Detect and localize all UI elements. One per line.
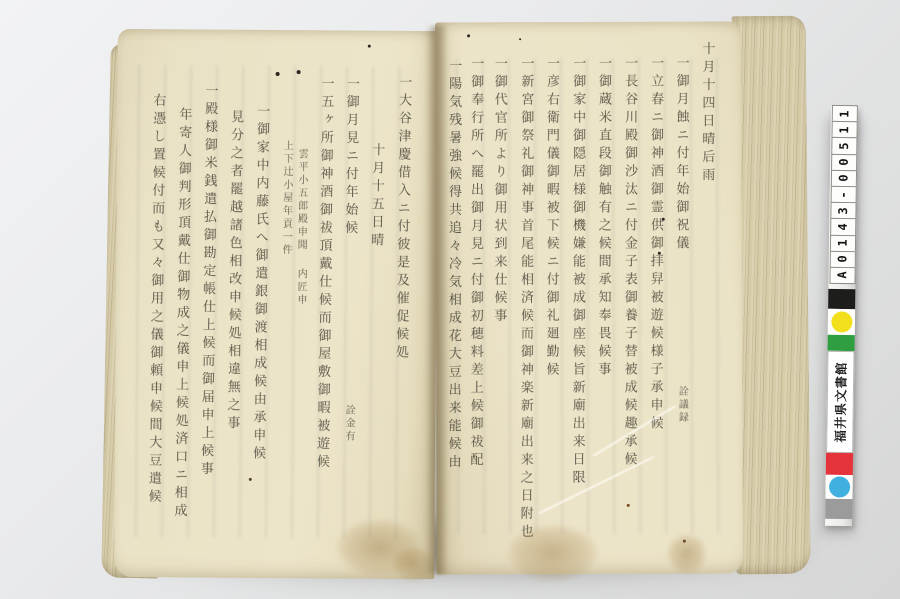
code-character-tile: - bbox=[830, 186, 856, 204]
right-page-columns: 十月十四日晴后雨一御月蝕ニ付年始御祝儀詮議録一立春ニ御神酒御霊供御拝舁被遊候様子… bbox=[435, 21, 741, 22]
handwritten-text-column: 一御奉行所へ罷出御月見ニ付御初穂料差上候御祓配 bbox=[469, 56, 483, 470]
wormhole-speck bbox=[467, 34, 470, 37]
code-character-tile: 0 bbox=[829, 251, 855, 269]
gray-square-chip bbox=[825, 499, 852, 519]
photo-stage: 一大谷津慶借入ニ付彼是及催促候処十月十五日晴一御月見ニ付年始候詮金有一五ヶ所御神… bbox=[0, 0, 900, 599]
wormhole-speck bbox=[297, 70, 301, 74]
wormhole-speck bbox=[627, 504, 630, 507]
handwritten-text-column: 一殿様御米銭遣払御勘定帳仕上候而御届申上候事 bbox=[199, 83, 217, 479]
code-character: 0 bbox=[836, 175, 850, 182]
right-page-stain-small bbox=[667, 534, 707, 574]
handwritten-text-column: 詮議録 bbox=[676, 386, 686, 425]
handwritten-text-column: 一御家中御隠居様御機嫌能被成御座候旨新廟出来日限 bbox=[571, 56, 585, 488]
handwritten-text-column: 見分之者罷越諸色相改申候処相違無之事 bbox=[225, 110, 242, 434]
page-crease bbox=[539, 456, 655, 514]
handwritten-text-column: 一新宮御祭礼御神事首尾能相済候而御神楽新廟出来之日附也 bbox=[519, 56, 533, 542]
green-square-chip bbox=[828, 335, 855, 351]
code-character: 3 bbox=[836, 207, 850, 214]
organization-label-chip: 福井県文書館 bbox=[826, 351, 854, 453]
handwritten-text-column: 一長谷川殿御沙汰ニ付金子表御養子替被成候趣承候 bbox=[623, 56, 637, 470]
wormhole-speck bbox=[519, 38, 521, 40]
code-character-tile: 3 bbox=[830, 202, 856, 220]
code-character-tile: 1 bbox=[831, 105, 857, 123]
color-chips: 福井県文書館 bbox=[825, 289, 855, 519]
handwritten-text-column: 右憑し置候付而も又々御用之儀御頼申候間大豆遣候 bbox=[146, 93, 164, 507]
handwritten-text-column: 一彦右衛門儀御暇被下候ニ付御礼廻勤候 bbox=[544, 56, 558, 380]
handwritten-text-column: 十月十四日晴后雨 bbox=[700, 42, 713, 186]
code-character-tile: 0 bbox=[830, 170, 856, 188]
handwritten-text-column: 年寄人御判形頂戴仕御物成之儀申上候処済口ニ相成 bbox=[172, 107, 190, 521]
handwritten-text-column: 一御代官所より御用状到来仕候事 bbox=[492, 56, 505, 326]
code-character-tile: 0 bbox=[831, 153, 857, 171]
handwritten-text-column: 雲平小五郎殿申聞 bbox=[295, 148, 306, 252]
cyan-circle bbox=[828, 476, 849, 497]
label-code-tiles: 11500-3410A bbox=[829, 106, 857, 284]
code-character-tile: A bbox=[829, 267, 855, 285]
handwritten-text-column: 一御家中内藤氏へ御遣銀御渡相成候由承申候 bbox=[251, 104, 268, 464]
gutter-shadow bbox=[426, 26, 448, 574]
code-character: 5 bbox=[837, 142, 851, 149]
wormhole-speck bbox=[683, 540, 686, 543]
code-character: A bbox=[835, 272, 849, 279]
yellow-circle-chip bbox=[828, 309, 855, 335]
wormhole-speck bbox=[662, 218, 665, 221]
wormhole-speck bbox=[658, 252, 661, 255]
cyan-circle-chip bbox=[825, 475, 852, 499]
handwritten-text-column: 内匠申 bbox=[295, 268, 305, 307]
yellow-circle bbox=[831, 311, 852, 332]
code-character-tile: 1 bbox=[831, 121, 857, 139]
code-character-tile: 5 bbox=[831, 137, 857, 155]
wormhole-speck bbox=[276, 72, 280, 76]
code-character: 4 bbox=[836, 223, 850, 230]
handwritten-text-column: 一五ヶ所御神酒御祓頂戴仕候而御屋敷御暇被遊候 bbox=[315, 76, 333, 472]
handwritten-text-column: 一立春ニ御神酒御霊供御拝舁被遊候様子承申候 bbox=[648, 56, 662, 434]
black-square-chip bbox=[828, 289, 855, 309]
right-page: 十月十四日晴后雨一御月蝕ニ付年始御祝儀詮議録一立春ニ御神酒御霊供御拝舁被遊候様子… bbox=[435, 21, 743, 574]
wormhole-speck bbox=[249, 478, 252, 481]
code-character: 1 bbox=[835, 239, 849, 246]
left-page: 一大谷津慶借入ニ付彼是及催促候処十月十五日晴一御月見ニ付年始候詮金有一五ヶ所御神… bbox=[114, 29, 438, 579]
code-character-tile: 1 bbox=[829, 234, 855, 252]
handwritten-text-column: 上下辻小屋年貢一件 bbox=[280, 140, 291, 257]
code-character-tile: 4 bbox=[830, 218, 856, 236]
handwritten-text-column: 一大谷津慶借入ニ付彼是及催促候処 bbox=[394, 75, 411, 363]
left-page-columns: 一大谷津慶借入ニ付彼是及催促候処十月十五日晴一御月見ニ付年始候詮金有一五ヶ所御神… bbox=[118, 29, 438, 31]
handwritten-text-column: 一御蔵米直段御触有之候間承知奉畏候事 bbox=[596, 56, 610, 380]
code-character: - bbox=[836, 191, 850, 198]
handwritten-text-column: 詮金有 bbox=[343, 404, 353, 443]
code-character: 1 bbox=[837, 126, 851, 133]
code-character: 0 bbox=[837, 158, 851, 165]
handwritten-text-column: 一御月見ニ付年始候 bbox=[343, 76, 358, 238]
code-character: 1 bbox=[837, 110, 851, 117]
red-square-chip bbox=[826, 453, 853, 475]
code-character: 0 bbox=[835, 256, 849, 263]
right-page-stain bbox=[507, 524, 599, 582]
right-fore-edge-page-stack bbox=[732, 16, 811, 575]
wormhole-speck bbox=[368, 45, 371, 48]
organization-name: 福井県文書館 bbox=[831, 361, 850, 442]
handwritten-text-column: 十月十五日晴 bbox=[369, 143, 383, 251]
handwritten-text-column: 一陽気残暑強候得共追々冷気相成花大豆出来能候由 bbox=[447, 58, 461, 472]
handwritten-text-column: 一御月蝕ニ付年始御祝儀 bbox=[674, 56, 687, 254]
